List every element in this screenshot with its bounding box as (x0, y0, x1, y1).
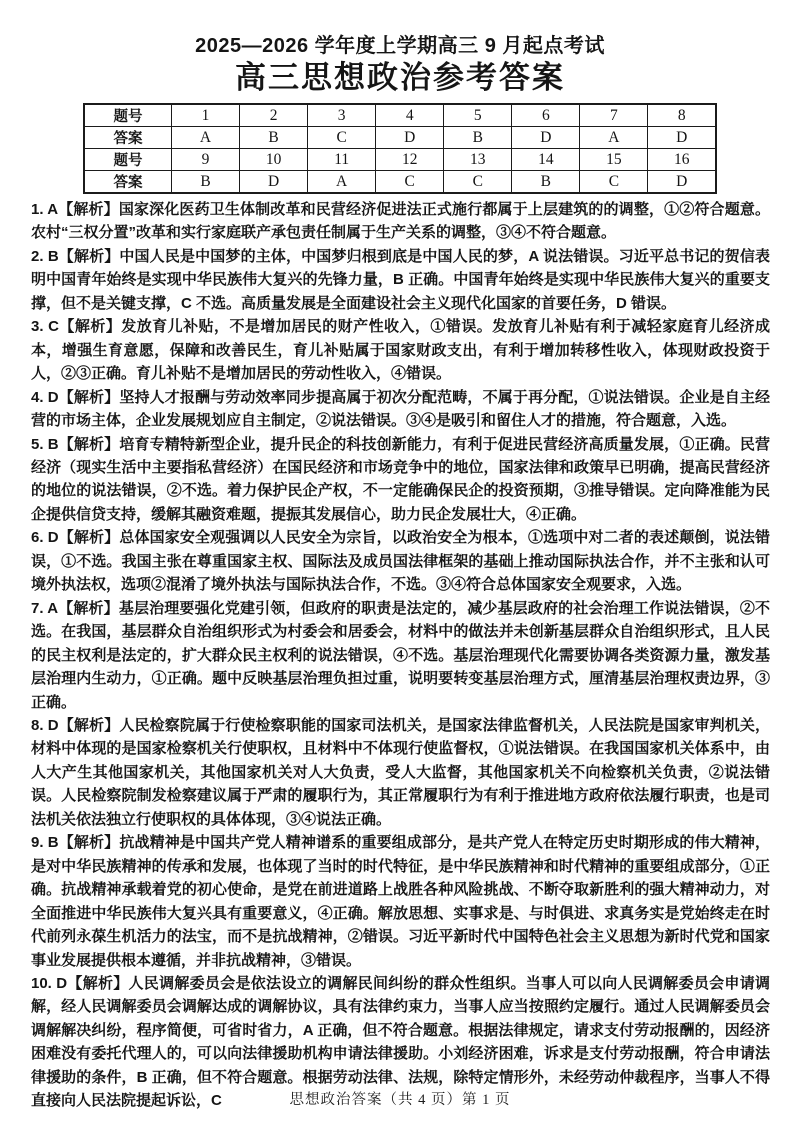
question-number-cell: 1 (172, 104, 240, 127)
question-number-cell: 16 (648, 149, 716, 171)
explanation-head: 9. B【解析】 (31, 834, 119, 851)
explanation-text: 培育专精特新型企业，提升民企的科技创新能力，有利于促进民营经济高质量发展，①正确… (31, 436, 770, 523)
explanation-paragraph-8: 8. D【解析】人民检察院属于行使检察职能的国家司法机关，是国家法律监督机关，人… (31, 714, 770, 831)
answer-cell: B (240, 127, 308, 149)
explanation-text: 基层治理要强化党建引领，但政府的职责是法定的，减少基层政府的社会治理工作说法错误… (31, 600, 770, 711)
explanation-text: 坚持人才报酬与劳动效率同步提高属于初次分配范畴，不属于再分配，①说法错误。企业是… (31, 389, 770, 429)
exam-answer-page: 2025—2026 学年度上学期高三 9 月起点考试 高三思想政治参考答案 题号… (0, 0, 800, 1131)
explanation-head: 7. A【解析】 (31, 600, 119, 617)
explanation-head: 8. D【解析】 (31, 717, 119, 734)
question-number-cell: 2 (240, 104, 308, 127)
row-header-cell: 题号 (84, 149, 172, 171)
question-number-cell: 4 (376, 104, 444, 127)
question-number-cell: 11 (308, 149, 376, 171)
explanation-head: 6. D【解析】 (31, 529, 119, 546)
answer-table-row: 题号 9 10 11 12 13 14 15 16 (84, 149, 716, 171)
question-number-cell: 7 (580, 104, 648, 127)
answer-sheet-title: 高三思想政治参考答案 (0, 60, 800, 96)
question-number-cell: 14 (512, 149, 580, 171)
row-header-cell: 答案 (84, 127, 172, 149)
exam-title: 2025—2026 学年度上学期高三 9 月起点考试 (0, 0, 800, 58)
answer-cell: C (376, 171, 444, 194)
answer-cell: D (648, 171, 716, 194)
explanation-head: 5. B【解析】 (31, 436, 119, 453)
explanation-text: 人民检察院属于行使检察职能的国家司法机关，是国家法律监督机关，人民法院是国家审判… (31, 717, 770, 828)
answer-table-row: 答案 A B C D B D A D (84, 127, 716, 149)
answer-cell: A (172, 127, 240, 149)
explanation-head: 4. D【解析】 (31, 389, 119, 406)
answer-cell: D (512, 127, 580, 149)
question-number-cell: 5 (444, 104, 512, 127)
explanations-section: 1. A【解析】国家深化医药卫生体制改革和民营经济促进法正式施行都属于上层建筑的… (31, 198, 770, 1113)
explanation-paragraph-5: 5. B【解析】培育专精特新型企业，提升民企的科技创新能力，有利于促进民营经济高… (31, 433, 770, 527)
question-number-cell: 10 (240, 149, 308, 171)
answer-cell: A (580, 127, 648, 149)
explanation-head: 1. A【解析】 (31, 201, 119, 218)
explanation-text: 发放育儿补贴，不是增加居民的财产性收入，①错误。发放育儿补贴有利于减轻家庭育儿经… (31, 318, 770, 382)
question-number-cell: 15 (580, 149, 648, 171)
answer-cell: C (444, 171, 512, 194)
answer-key-table: 题号 1 2 3 4 5 6 7 8 答案 A B C D B D A D (83, 103, 717, 194)
answer-table-row: 题号 1 2 3 4 5 6 7 8 (84, 104, 716, 127)
answer-cell: D (376, 127, 444, 149)
explanation-head: 2. B【解析】 (31, 248, 119, 265)
explanation-text: 总体国家安全观强调以人民安全为宗旨，以政治安全为根本，①选项中对二者的表述颠倒，… (31, 529, 770, 593)
answer-table-row: 答案 B D A C C B C D (84, 171, 716, 194)
question-number-cell: 12 (376, 149, 444, 171)
explanation-head: 3. C【解析】 (31, 318, 121, 335)
row-header-cell: 答案 (84, 171, 172, 194)
explanation-paragraph-7: 7. A【解析】基层治理要强化党建引领，但政府的职责是法定的，减少基层政府的社会… (31, 597, 770, 714)
answer-cell: C (580, 171, 648, 194)
explanation-paragraph-6: 6. D【解析】总体国家安全观强调以人民安全为宗旨，以政治安全为根本，①选项中对… (31, 526, 770, 596)
explanation-text: 国家深化医药卫生体制改革和民营经济促进法正式施行都属于上层建筑的的调整，①②符合… (31, 201, 770, 241)
page-footer: 思想政治答案（共 4 页）第 1 页 (0, 1088, 800, 1109)
explanation-paragraph-1: 1. A【解析】国家深化医药卫生体制改革和民营经济促进法正式施行都属于上层建筑的… (31, 198, 770, 245)
answer-cell: A (308, 171, 376, 194)
question-number-cell: 6 (512, 104, 580, 127)
question-number-cell: 8 (648, 104, 716, 127)
explanation-paragraph-9: 9. B【解析】抗战精神是中国共产党人精神谱系的重要组成部分，是共产党人在特定历… (31, 831, 770, 972)
question-number-cell: 3 (308, 104, 376, 127)
explanation-head: 10. D【解析】 (31, 975, 129, 992)
explanation-paragraph-3: 3. C【解析】发放育儿补贴，不是增加居民的财产性收入，①错误。发放育儿补贴有利… (31, 315, 770, 385)
explanation-text: 中国人民是中国梦的主体，中国梦归根到底是中国人民的梦，A 说法错误。习近平总书记… (31, 248, 770, 312)
explanation-paragraph-2: 2. B【解析】中国人民是中国梦的主体，中国梦归根到底是中国人民的梦，A 说法错… (31, 245, 770, 315)
answer-cell: D (648, 127, 716, 149)
explanation-text: 抗战精神是中国共产党人精神谱系的重要组成部分，是共产党人在特定历史时期形成的伟大… (31, 834, 770, 968)
answer-cell: B (512, 171, 580, 194)
answer-cell: B (444, 127, 512, 149)
answer-cell: D (240, 171, 308, 194)
row-header-cell: 题号 (84, 104, 172, 127)
answer-cell: C (308, 127, 376, 149)
question-number-cell: 13 (444, 149, 512, 171)
answer-cell: B (172, 171, 240, 194)
question-number-cell: 9 (172, 149, 240, 171)
explanation-paragraph-4: 4. D【解析】坚持人才报酬与劳动效率同步提高属于初次分配范畴，不属于再分配，①… (31, 386, 770, 433)
